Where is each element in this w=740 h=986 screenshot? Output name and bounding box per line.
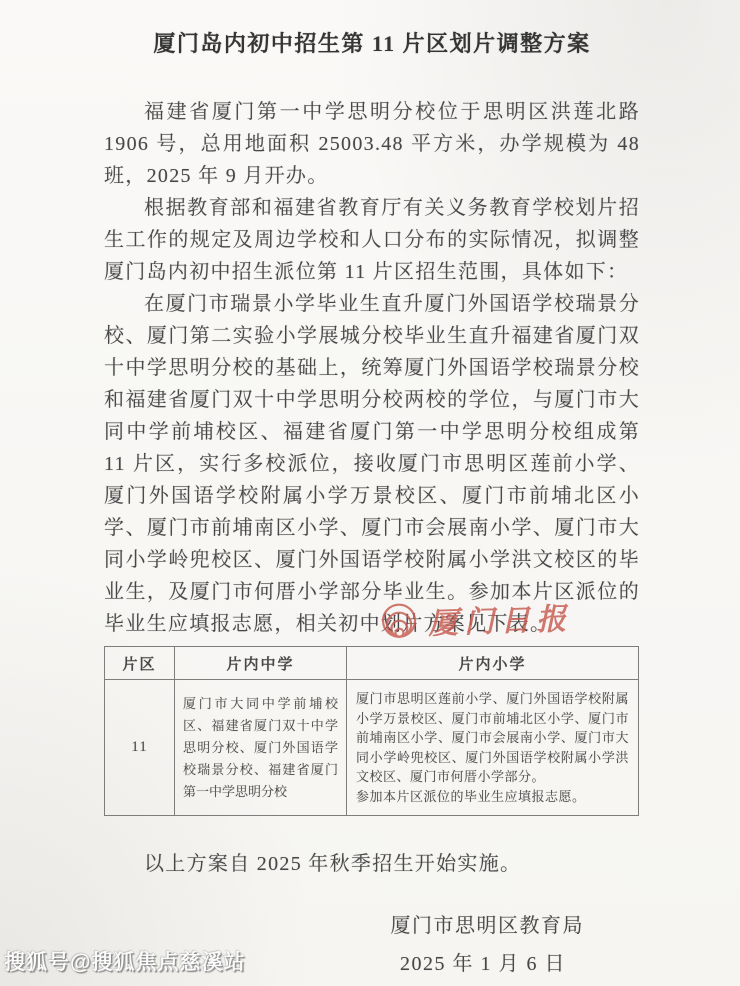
paragraph-zone-adjustment: 在厦门市瑞景小学毕业生直升厦门外国语学校瑞景分校、厦门第二实验小学展城分校毕业生… — [104, 288, 640, 640]
closing-statement: 以上方案自 2025 年秋季招生开始实施。 — [104, 848, 640, 880]
cell-primary-schools: 厦门市思明区莲前小学、厦门外国语学校附属小学万景校区、厦门市前埔北区小学、厦门市… — [347, 680, 639, 816]
header-primary-schools: 片内小学 — [347, 647, 639, 680]
issuing-authority: 厦门市思明区教育局 — [104, 910, 640, 942]
sohu-watermark: 搜狐号@搜狐焦点慈溪站 — [4, 946, 245, 976]
cell-district-number: 11 — [105, 680, 175, 816]
paragraph-policy-basis: 根据教育部和福建省教育厅有关义务教育学校划片招生工作的规定及周边学校和人口分布的… — [104, 192, 640, 288]
district-table: 片区 片内中学 片内小学 11 厦门市大同中学前埔校区、福建省厦门双十中学思明分… — [104, 646, 639, 816]
document-body: 福建省厦门第一中学思明分校位于思明区洪莲北路 1906 号，总用地面积 2500… — [104, 96, 640, 640]
district-table-header: 片区 片内中学 片内小学 — [105, 647, 639, 680]
cell-middle-schools: 厦门市大同中学前埔校区、福建省厦门双十中学思明分校、厦门外国语学校瑞景分校、福建… — [175, 680, 347, 816]
document-page: 厦门岛内初中招生第 11 片区划片调整方案 福建省厦门第一中学思明分校位于思明区… — [0, 0, 740, 986]
header-district: 片区 — [105, 647, 175, 680]
table-row: 11 厦门市大同中学前埔校区、福建省厦门双十中学思明分校、厦门外国语学校瑞景分校… — [105, 680, 639, 816]
header-middle-schools: 片内中学 — [175, 647, 347, 680]
table-header-row: 片区 片内中学 片内小学 — [105, 647, 639, 680]
paragraph-school-intro: 福建省厦门第一中学思明分校位于思明区洪莲北路 1906 号，总用地面积 2500… — [104, 96, 640, 192]
document-title: 厦门岛内初中招生第 11 片区划片调整方案 — [104, 28, 640, 60]
district-table-body: 11 厦门市大同中学前埔校区、福建省厦门双十中学思明分校、厦门外国语学校瑞景分校… — [105, 680, 639, 816]
